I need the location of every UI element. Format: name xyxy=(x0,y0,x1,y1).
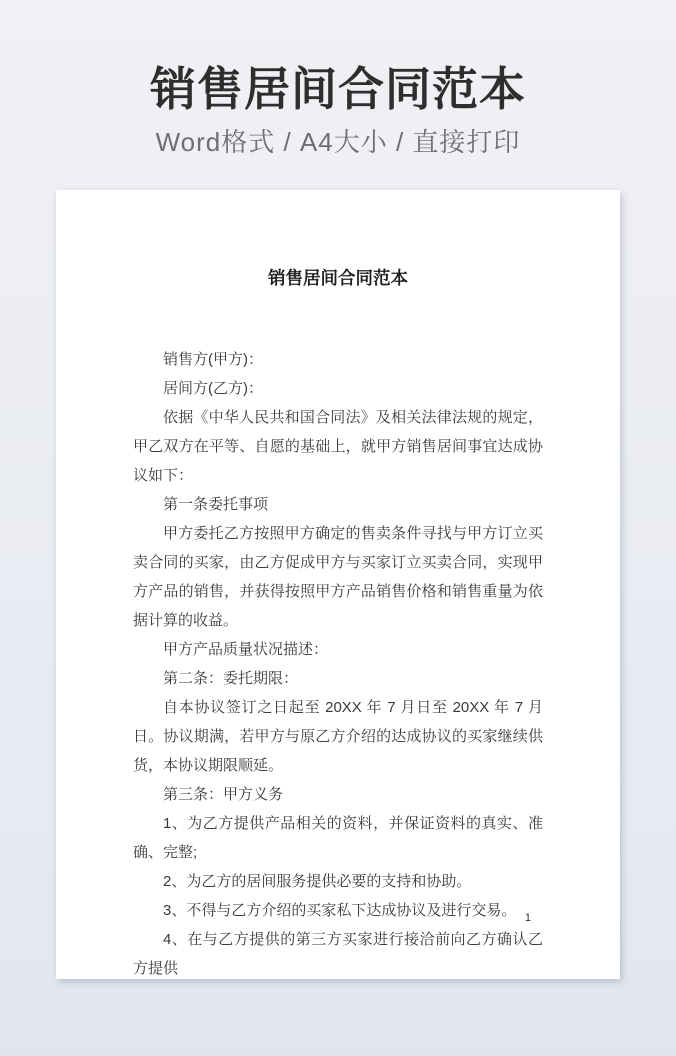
contract-paragraph: 第三条：甲方义务 xyxy=(133,780,543,809)
page-title: 销售居间合同范本 xyxy=(0,62,676,117)
document-title: 销售居间合同范本 xyxy=(133,267,543,289)
contract-paragraph: 甲方委托乙方按照甲方确定的售卖条件寻找与甲方订立买卖合同的买家，由乙方促成甲方与… xyxy=(133,519,543,635)
contract-paragraph: 依据《中华人民共和国合同法》及相关法律法规的规定，甲乙双方在平等、自愿的基础上，… xyxy=(133,403,543,490)
contract-paragraph: 4、在与乙方提供的第三方买家进行接洽前向乙方确认乙方提供 xyxy=(133,925,543,983)
contract-paragraph: 第一条委托事项 xyxy=(133,490,543,519)
contract-paragraph: 甲方产品质量状况描述： xyxy=(133,635,543,664)
contract-paragraph: 居间方(乙方)： xyxy=(133,374,543,403)
contract-paragraph: 3、不得与乙方介绍的买家私下达成协议及进行交易。 xyxy=(133,896,543,925)
contract-paragraph: 2、为乙方的居间服务提供必要的支持和协助。 xyxy=(133,867,543,896)
contract-paragraph: 自本协议签订之日起至 20XX 年 7 月日至 20XX 年 7 月日。协议期满… xyxy=(133,693,543,780)
contract-paragraph: 销售方(甲方)： xyxy=(133,345,543,374)
contract-paragraph: 1、为乙方提供产品相关的资料，并保证资料的真实、准确、完整; xyxy=(133,809,543,867)
header-banner: 销售居间合同范本 Word格式 / A4大小 / 直接打印 xyxy=(0,0,676,159)
document-body: 销售方(甲方)：居间方(乙方)：依据《中华人民共和国合同法》及相关法律法规的规定… xyxy=(133,345,543,983)
page-canvas: 销售居间合同范本 Word格式 / A4大小 / 直接打印 销售居间合同范本 销… xyxy=(0,0,676,1056)
page-subtitle: Word格式 / A4大小 / 直接打印 xyxy=(0,122,676,159)
contract-paragraph: 第二条：委托期限： xyxy=(133,664,543,693)
page-number: 1 xyxy=(525,912,531,924)
document-page-preview: 销售居间合同范本 销售方(甲方)：居间方(乙方)：依据《中华人民共和国合同法》及… xyxy=(56,190,620,979)
